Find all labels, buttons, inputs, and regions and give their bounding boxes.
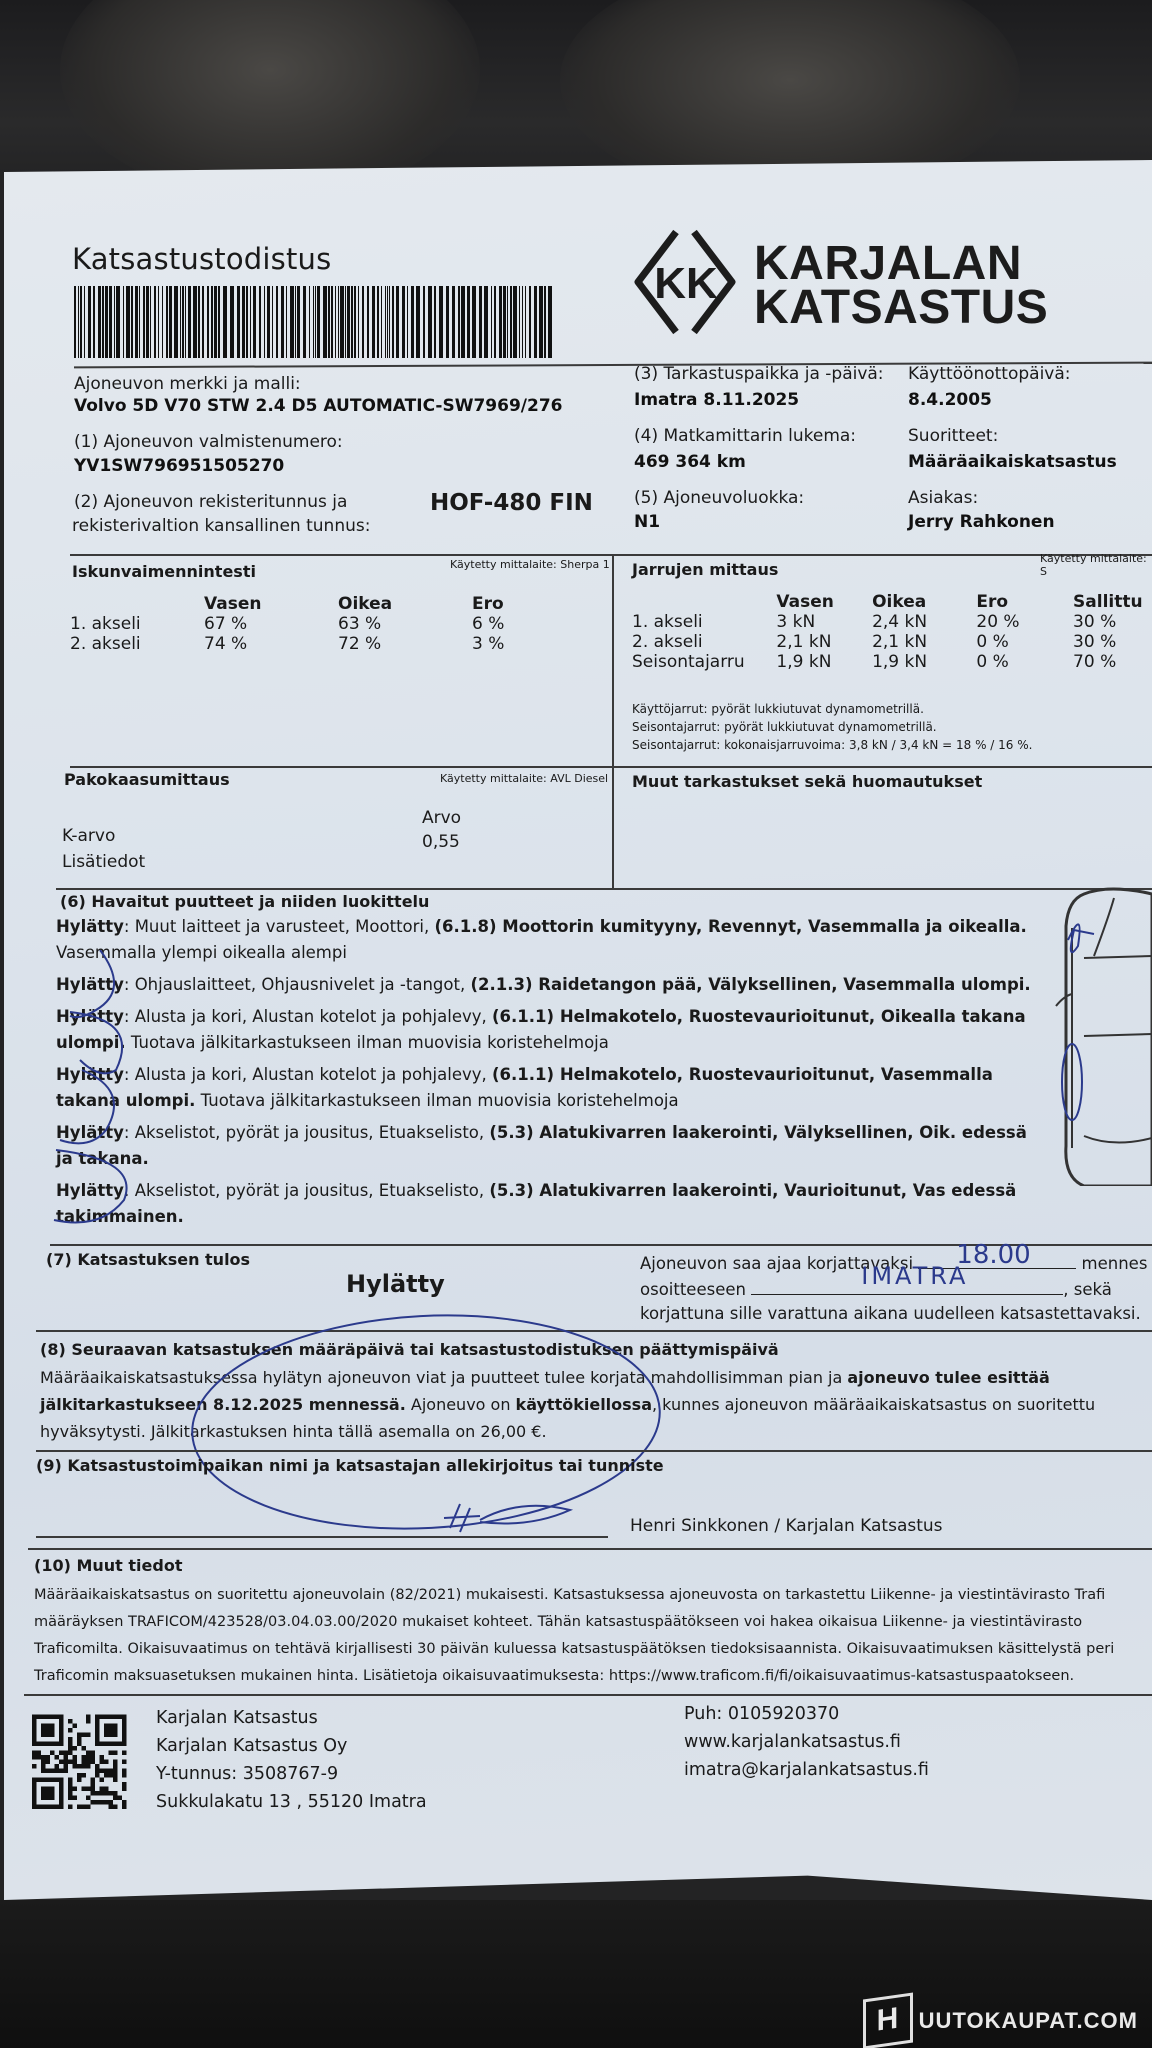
defect-status: Hylätty xyxy=(56,917,124,936)
registration-label-2: rekisterivaltion kansallinen tunnus: xyxy=(72,516,370,536)
table-cell: 30 % xyxy=(1073,632,1152,652)
defect-category: : Muut laitteet ja varusteet, Moottori, xyxy=(124,917,435,936)
customer-value: Jerry Rahkonen xyxy=(908,512,1055,532)
exhaust-value-header: Arvo xyxy=(422,808,461,828)
pen-marks xyxy=(40,950,150,1234)
brake-note: Seisontajarrut: pyörät lukkiutuvat dynam… xyxy=(632,718,1032,736)
barcode xyxy=(74,286,556,358)
registration-label-1: (2) Ajoneuvon rekisteritunnus ja xyxy=(74,492,347,512)
table-cell: 3 kN xyxy=(776,612,872,632)
table-cell: 6 % xyxy=(472,614,572,634)
drive-place-field: IMATRA xyxy=(751,1278,1063,1295)
shock-test-device: Käytetty mittalaite: Sherpa 1 xyxy=(450,558,610,571)
defects-title: (6) Havaitut puutteet ja niiden luokitte… xyxy=(60,892,429,911)
place-date-label: (3) Tarkastuspaikka ja -päivä: xyxy=(634,364,884,384)
contact-line: www.karjalankatsastus.fi xyxy=(684,1728,929,1756)
kk-diamond-logo-icon: KK xyxy=(632,226,740,346)
brake-test-device: Käytetty mittalaite: S xyxy=(1040,552,1152,578)
table-cell: 0 % xyxy=(976,652,1073,672)
watermark-text: UUTOKAUPAT.COM xyxy=(919,2008,1138,2034)
company-logo: KK KARJALAN KATSASTUS xyxy=(632,226,1048,346)
exhaust-title: Pakokaasumittaus xyxy=(64,770,230,789)
brake-notes: Käyttöjarrut: pyörät lukkiutuvat dynamom… xyxy=(632,700,1032,754)
table-cell: 30 % xyxy=(1073,612,1152,632)
company-name: KARJALAN KATSASTUS xyxy=(754,242,1048,330)
divider xyxy=(612,554,614,888)
result-title: (7) Katsastuksen tulos xyxy=(46,1250,250,1269)
table-cell: Seisontajarru xyxy=(632,652,776,672)
defect-category: : Akselistot, pyörät ja jousitus, Etuaks… xyxy=(124,1123,489,1142)
company-line: Karjalan Katsastus xyxy=(156,1704,427,1732)
table-cell: 63 % xyxy=(338,614,472,634)
column-header: Ero xyxy=(472,594,572,614)
column-header: Sallittu xyxy=(1073,592,1152,612)
drive-place-handwritten: IMATRA xyxy=(861,1262,968,1290)
first-use-value: 8.4.2005 xyxy=(908,390,992,410)
odometer-label: (4) Matkamittarin lukema: xyxy=(634,426,856,446)
column-header: Oikea xyxy=(872,592,976,612)
signature-line xyxy=(36,1536,608,1538)
customer-label: Asiakas: xyxy=(908,488,978,508)
table-cell: 20 % xyxy=(976,612,1073,632)
table-cell: 2. akseli xyxy=(70,634,204,654)
brand-line-2: KATSASTUS xyxy=(754,286,1048,330)
other-info-text: Määräaikaiskatsastus on suoritettu ajone… xyxy=(34,1582,1152,1690)
watermark-box-icon: H xyxy=(863,1992,913,2048)
defect-category: : Alusta ja kori, Alustan kotelot ja poh… xyxy=(124,1007,492,1026)
drive-text-2-start: osoitteeseen xyxy=(640,1280,746,1299)
defect-note: Tuotava jälkitarkastukseen ilman muovisi… xyxy=(126,1033,609,1052)
defect-item: Hylätty: Muut laitteet ja varusteet, Moo… xyxy=(56,914,1046,966)
column-header: Oikea xyxy=(338,594,472,614)
vin-value: YV1SW796951505270 xyxy=(74,456,284,476)
company-info: Karjalan KatsastusKarjalan Katsastus OyY… xyxy=(156,1704,427,1816)
table-cell: 1. akseli xyxy=(632,612,776,632)
defect-item: Hylätty: Akselistot, pyörät ja jousitus,… xyxy=(56,1120,1036,1172)
other-checks-title: Muut tarkastukset sekä huomautukset xyxy=(632,772,982,791)
inspector-name: Henri Sinkkonen / Karjalan Katsastus xyxy=(630,1516,943,1536)
company-line: Y-tunnus: 3508767-9 xyxy=(156,1760,427,1788)
contact-line: Puh: 0105920370 xyxy=(684,1700,929,1728)
make-model-value: Volvo 5D V70 STW 2.4 D5 AUTOMATIC-SW7969… xyxy=(74,396,563,416)
divider xyxy=(70,766,1152,768)
table-cell: 0 % xyxy=(976,632,1073,652)
brake-note: Seisontajarrut: kokonaisjarruvoima: 3,8 … xyxy=(632,736,1032,754)
brand-line-1: KARJALAN xyxy=(754,242,1048,286)
table-cell: 74 % xyxy=(204,634,338,654)
other-info-title: (10) Muut tiedot xyxy=(34,1556,182,1575)
table-cell: 1. akseli xyxy=(70,614,204,634)
k-value-label: K-arvo xyxy=(62,826,115,846)
table-cell: 2,1 kN xyxy=(776,632,872,652)
table-cell: 70 % xyxy=(1073,652,1152,672)
table-cell: 3 % xyxy=(472,634,572,654)
vin-label: (1) Ajoneuvon valmistenumero: xyxy=(74,432,343,452)
table-row: 2. akseli2,1 kN2,1 kN0 %30 % xyxy=(632,632,1152,652)
watermark: H UUTOKAUPAT.COM xyxy=(863,1996,1138,2046)
divider xyxy=(28,1548,1152,1550)
brake-test-title: Jarrujen mittaus xyxy=(632,560,778,579)
k-value: 0,55 xyxy=(422,832,460,852)
defect-category: : Akselistot, pyörät ja jousitus, Etuaks… xyxy=(124,1181,489,1200)
contact-line: imatra@karjalankatsastus.fi xyxy=(684,1756,929,1784)
table-row: 1. akseli67 %63 %6 % xyxy=(70,614,572,634)
table-cell: 72 % xyxy=(338,634,472,654)
table-cell: 2. akseli xyxy=(632,632,776,652)
table-cell: 2,1 kN xyxy=(872,632,976,652)
class-value: N1 xyxy=(634,512,660,532)
defect-item: Hylätty: Alusta ja kori, Alustan kotelot… xyxy=(56,1004,1036,1056)
exhaust-device: Käytetty mittalaite: AVL Diesel xyxy=(440,772,608,785)
make-model-label: Ajoneuvon merkki ja malli: xyxy=(74,374,301,394)
divider xyxy=(36,1450,1152,1452)
drive-text-2-end: , sekä xyxy=(1063,1280,1112,1299)
registration-value: HOF-480 FIN xyxy=(430,490,593,516)
defect-code: (6.1.8) Moottorin kumityyny, Revennyt, V… xyxy=(435,917,1027,936)
document-title: Katsastustodistus xyxy=(72,242,331,276)
qr-code-icon xyxy=(32,1712,126,1812)
table-cell: 67 % xyxy=(204,614,338,634)
car-diagram-icon xyxy=(1054,886,1152,1190)
drive-text-3: korjattuna sille varattuna aikana uudell… xyxy=(640,1304,1141,1323)
divider xyxy=(56,888,1152,890)
divider xyxy=(70,554,1152,556)
result-value: Hylätty xyxy=(346,1270,445,1298)
column-header: Vasen xyxy=(776,592,872,612)
defect-note: Tuotava jälkitarkastukseen ilman muovisi… xyxy=(195,1091,678,1110)
signature-title: (9) Katsastustoimipaikan nimi ja katsast… xyxy=(36,1456,664,1475)
table-row: Seisontajarru1,9 kN1,9 kN0 %70 % xyxy=(632,652,1152,672)
pen-circle xyxy=(186,1310,666,1544)
svg-text:KK: KK xyxy=(654,259,718,308)
drive-text-1-end: mennes xyxy=(1082,1254,1148,1273)
column-header: Vasen xyxy=(204,594,338,614)
drive-text-2: osoitteeseen IMATRA , sekä xyxy=(640,1278,1112,1299)
defects-list: Hylätty: Muut laitteet ja varusteet, Moo… xyxy=(56,914,1046,1236)
defect-category: : Alusta ja kori, Alustan kotelot ja poh… xyxy=(124,1065,492,1084)
shock-test-table: VasenOikeaEro1. akseli67 %63 %6 %2. akse… xyxy=(70,594,572,654)
table-cell: 1,9 kN xyxy=(872,652,976,672)
first-use-label: Käyttöönottopäivä: xyxy=(908,364,1071,384)
column-header xyxy=(632,592,776,612)
defect-item: Hylätty: Ohjauslaitteet, Ohjausnivelet j… xyxy=(56,972,1036,998)
column-header: Ero xyxy=(976,592,1073,612)
services-label: Suoritteet: xyxy=(908,426,998,446)
place-date-value: Imatra 8.11.2025 xyxy=(634,390,799,410)
defect-code: (2.1.3) Raidetangon pää, Välyksellinen, … xyxy=(470,975,1030,994)
odometer-value: 469 364 km xyxy=(634,452,746,472)
brake-note: Käyttöjarrut: pyörät lukkiutuvat dynamom… xyxy=(632,700,1032,718)
divider xyxy=(24,1694,1152,1696)
extra-info-label: Lisätiedot xyxy=(62,852,145,872)
table-row: 1. akseli3 kN2,4 kN20 %30 % xyxy=(632,612,1152,632)
defect-item: Hylätty: Akselistot, pyörät ja jousitus,… xyxy=(56,1178,1036,1230)
brake-test-table: VasenOikeaEroSallittu1. akseli3 kN2,4 kN… xyxy=(632,592,1152,672)
defect-category: : Ohjauslaitteet, Ohjausnivelet ja -tang… xyxy=(124,975,471,994)
table-row: 2. akseli74 %72 %3 % xyxy=(70,634,572,654)
company-line: Sukkulakatu 13 , 55120 Imatra xyxy=(156,1788,427,1816)
column-header xyxy=(70,594,204,614)
shock-test-title: Iskunvaimennintesti xyxy=(72,562,256,581)
table-cell: 1,9 kN xyxy=(776,652,872,672)
defect-item: Hylätty: Alusta ja kori, Alustan kotelot… xyxy=(56,1062,1036,1114)
class-label: (5) Ajoneuvoluokka: xyxy=(634,488,804,508)
contact-info: Puh: 0105920370www.karjalankatsastus.fii… xyxy=(684,1700,929,1784)
company-line: Karjalan Katsastus Oy xyxy=(156,1732,427,1760)
services-value: Määräaikaiskatsastus xyxy=(908,452,1117,472)
table-cell: 2,4 kN xyxy=(872,612,976,632)
